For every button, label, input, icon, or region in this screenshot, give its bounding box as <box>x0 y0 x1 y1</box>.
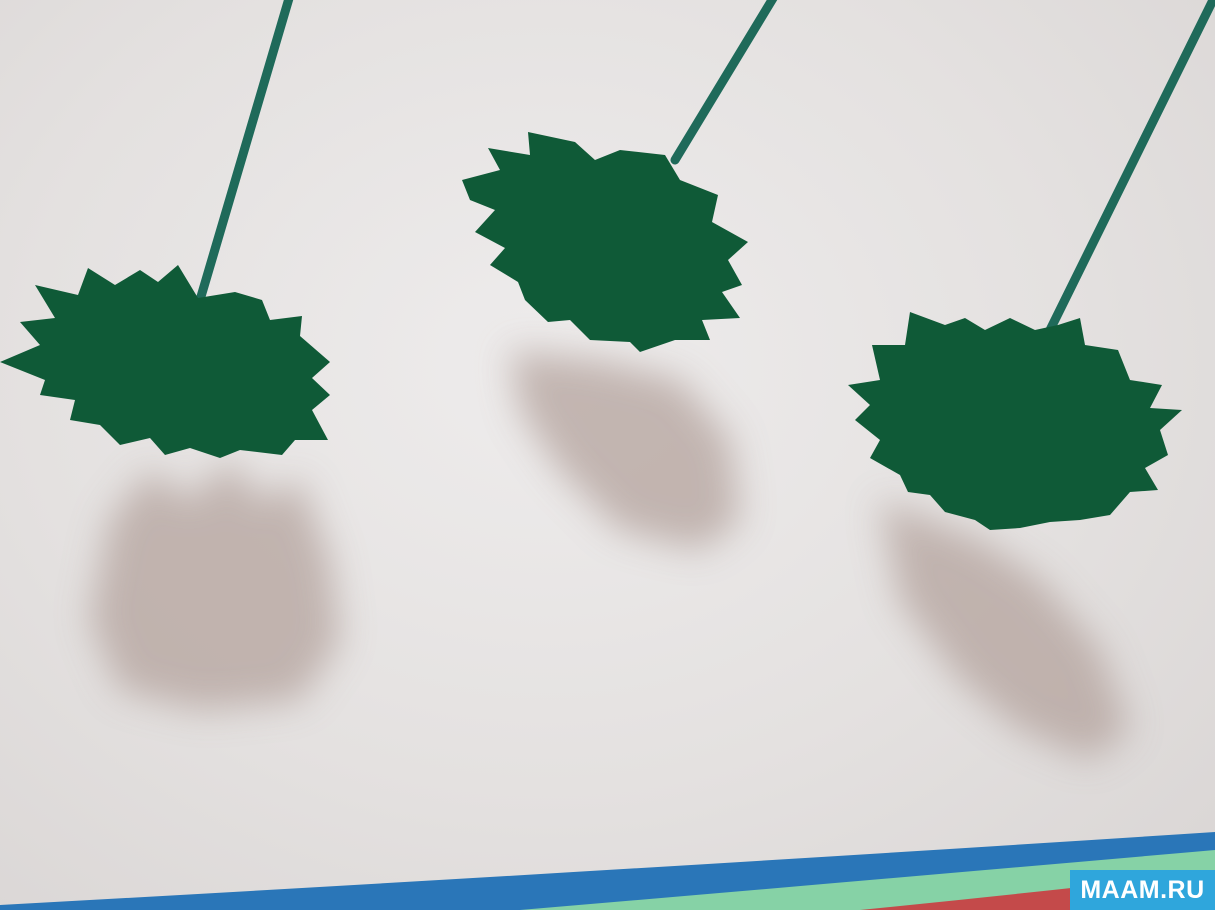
craft-illustration <box>0 0 1215 910</box>
bottom-strips <box>0 832 1215 910</box>
paper-flower-right <box>848 312 1182 530</box>
watermark-logo: MAAM.RU <box>1070 870 1215 910</box>
paper-flower-center <box>462 132 748 352</box>
paper-flower-left <box>0 265 330 458</box>
photo-scene: MAAM.RU <box>0 0 1215 910</box>
